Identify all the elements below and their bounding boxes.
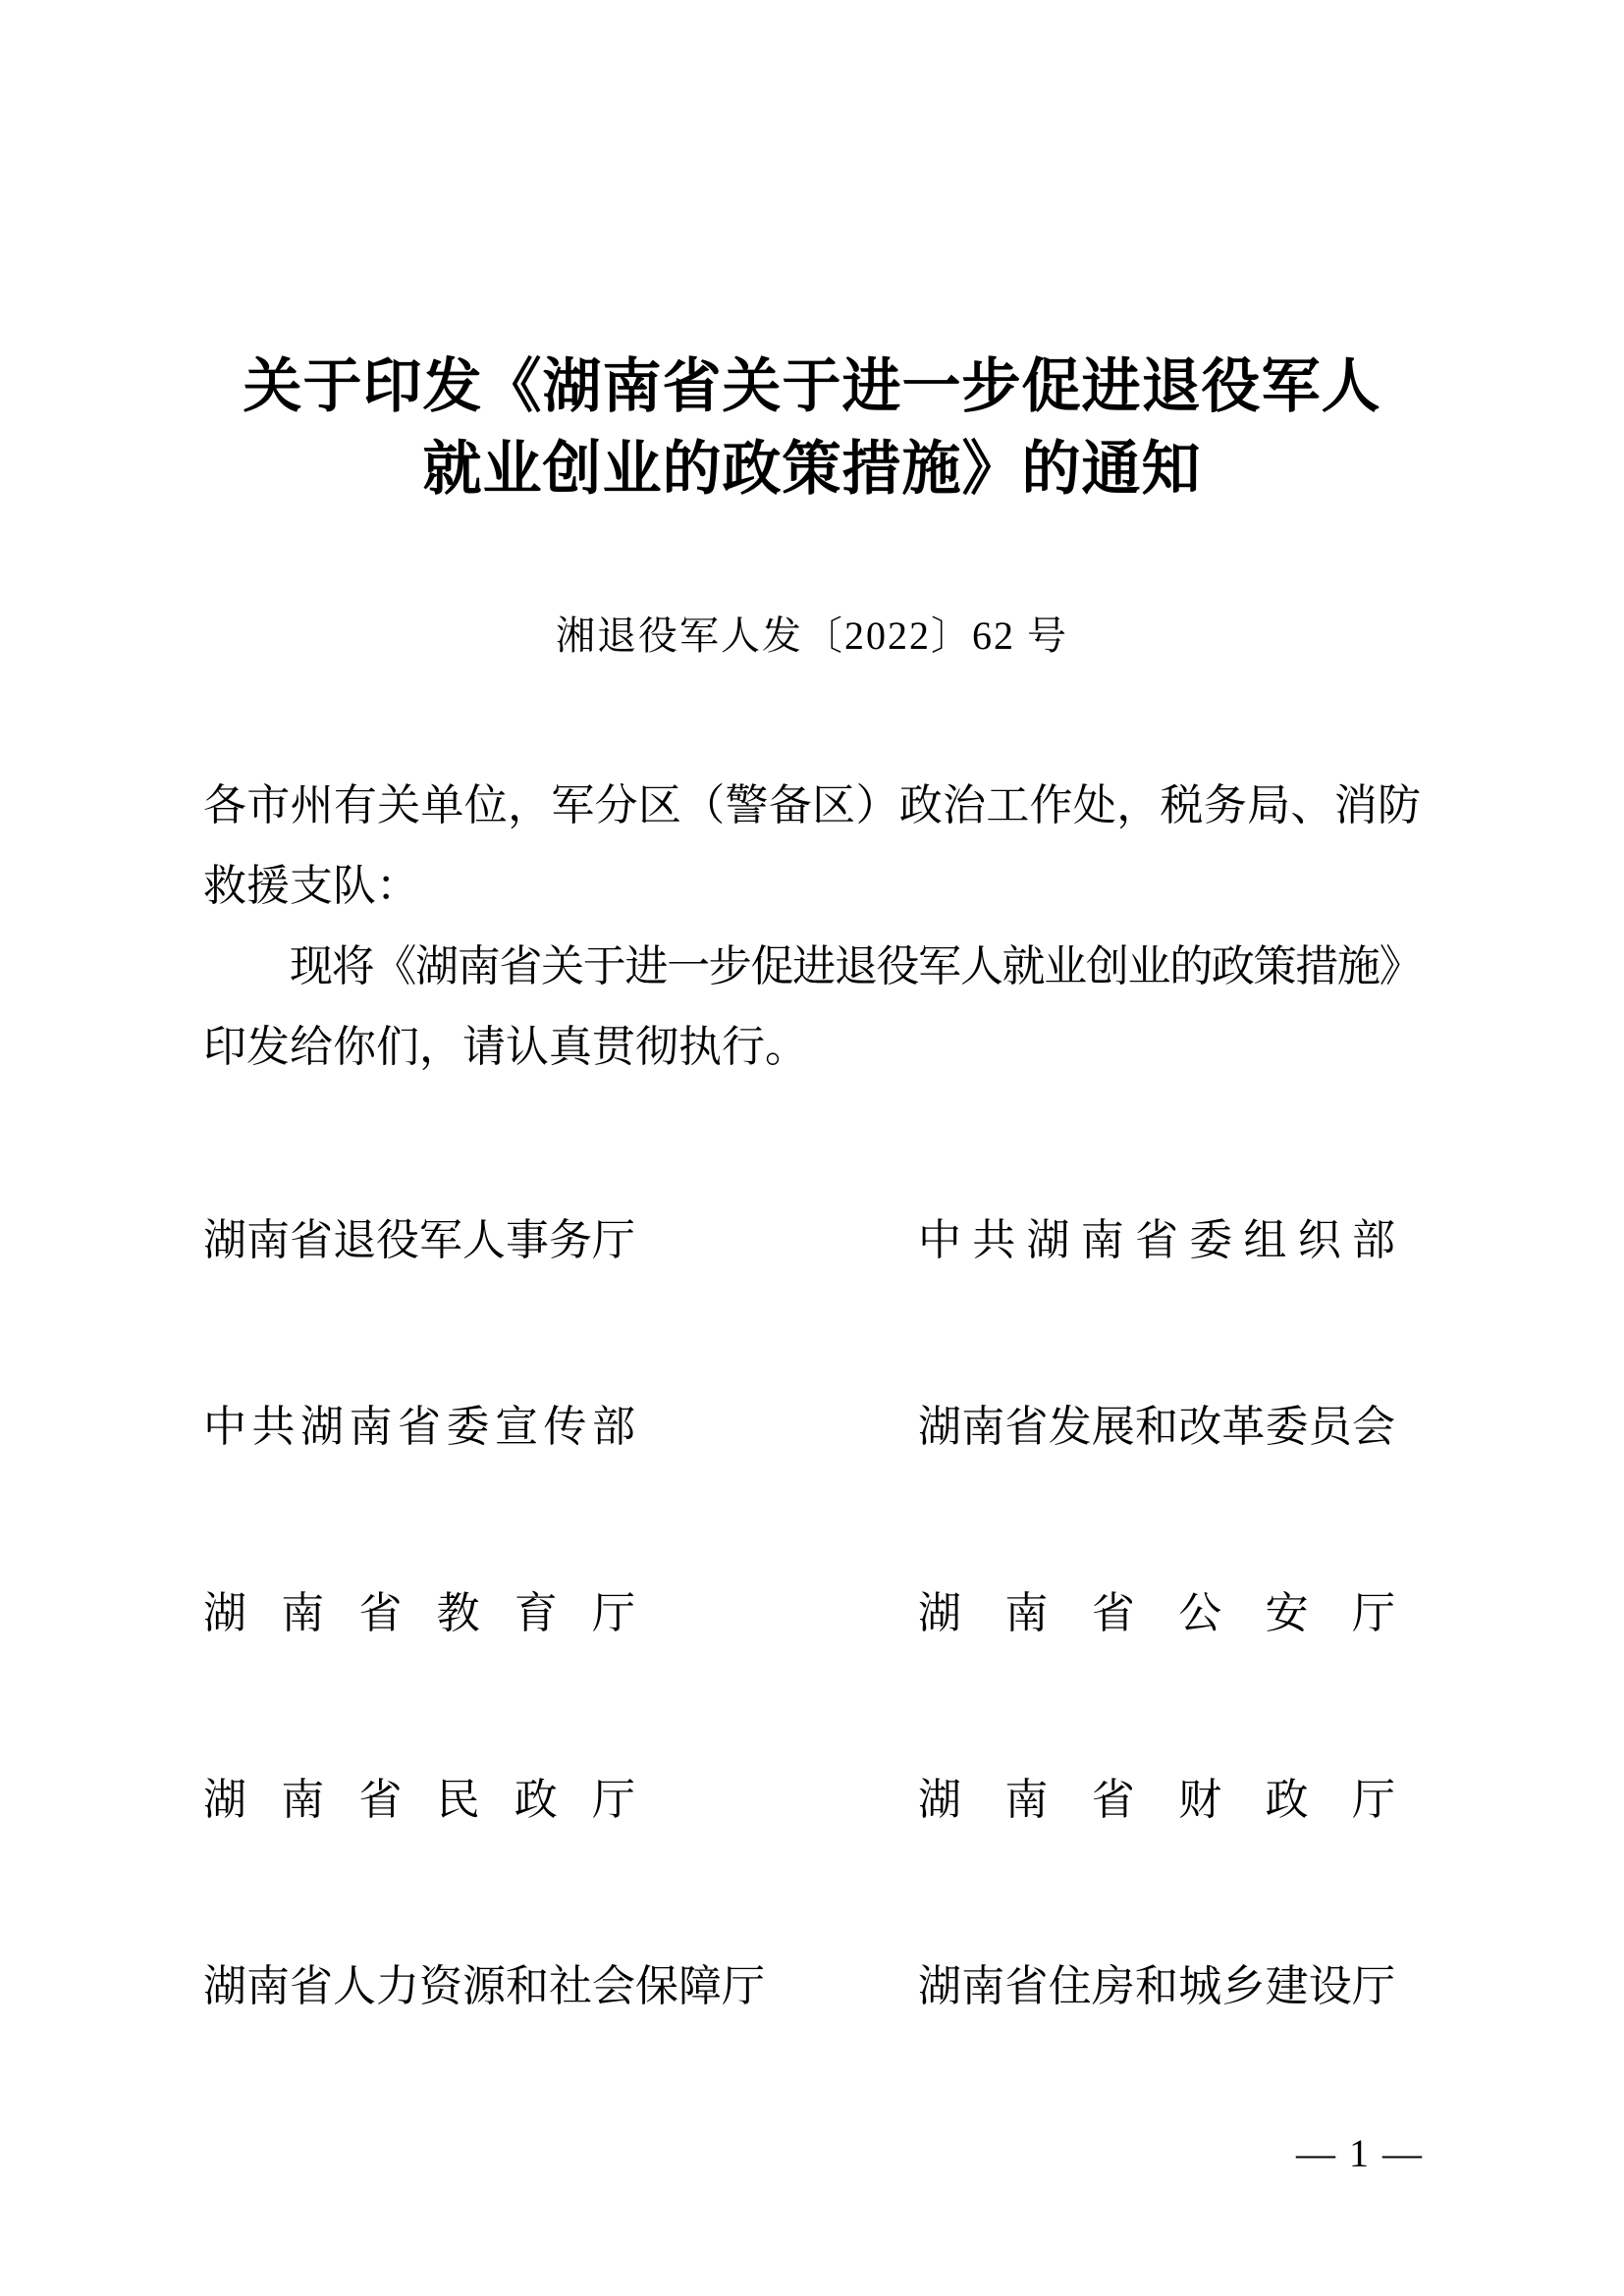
salutation-line-2: 救援支队： [203, 846, 1421, 927]
document-page: 关于印发《湖南省关于进一步促进退役军人 就业创业的政策措施》的通知 湘退役军人发… [0, 0, 1624, 2296]
document-number: 湘退役军人发〔2022〕62 号 [0, 609, 1624, 664]
issuer-row: 中共湖南省委宣传部 湖南省发展和改革委员会 [203, 1398, 1421, 1457]
page-number: — 1 — [1296, 2130, 1424, 2177]
issuer-name: 湖南省发展和改革委员会 [918, 1398, 1395, 1457]
issuer-name: 湖南省财政厅 [918, 1771, 1395, 1830]
body-paragraph-line-2: 印发给你们，请认真贯彻执行。 [203, 1007, 1421, 1088]
issuer-row: 湖南省人力资源和社会保障厅 湖南省住房和城乡建设厅 [203, 1957, 1421, 2016]
document-title: 关于印发《湖南省关于进一步促进退役军人 就业创业的政策措施》的通知 [0, 0, 1624, 510]
issuer-row: 湖南省教育厅 湖南省公安厅 [203, 1584, 1421, 1643]
issuer-name: 湖南省民政厅 [203, 1771, 635, 1830]
body-paragraph-line-1: 现将《湖南省关于进一步促进退役军人就业创业的政策措施》 [203, 927, 1421, 1007]
issuer-name: 中共湖南省委组织部 [918, 1211, 1395, 1270]
issuer-name: 湖南省人力资源和社会保障厅 [203, 1957, 635, 2016]
issuer-name: 湖南省教育厅 [203, 1584, 635, 1643]
issuer-name: 湖南省住房和城乡建设厅 [918, 1957, 1395, 2016]
issuer-row: 湖南省退役军人事务厅 中共湖南省委组织部 [203, 1211, 1421, 1270]
issuer-row: 湖南省民政厅 湖南省财政厅 [203, 1771, 1421, 1830]
issuer-name: 湖南省公安厅 [918, 1584, 1395, 1643]
notice-body: 各市州有关单位，军分区（警备区）政治工作处，税务局、消防 救援支队： 现将《湖南… [203, 766, 1421, 1088]
salutation-line-1: 各市州有关单位，军分区（警备区）政治工作处，税务局、消防 [203, 766, 1421, 846]
title-line-2: 就业创业的政策措施》的通知 [0, 428, 1624, 510]
issuer-name: 湖南省退役军人事务厅 [203, 1211, 635, 1270]
issuer-list: 湖南省退役军人事务厅 中共湖南省委组织部 中共湖南省委宣传部 湖南省发展和改革委… [203, 1211, 1421, 2016]
title-line-1: 关于印发《湖南省关于进一步促进退役军人 [0, 346, 1624, 428]
issuer-name: 中共湖南省委宣传部 [203, 1398, 635, 1457]
